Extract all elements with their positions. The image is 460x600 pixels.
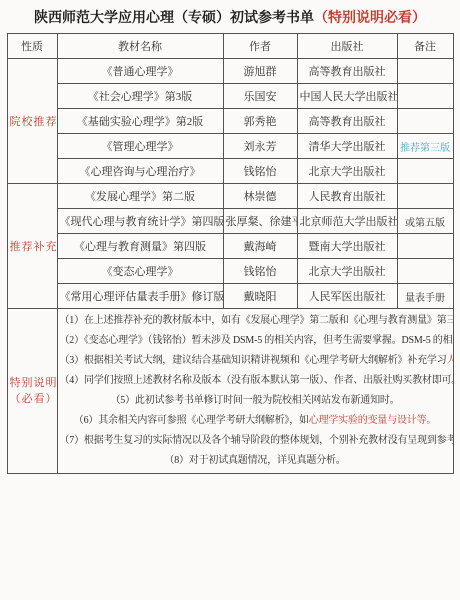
author-cell: 郭秀艳: [223, 109, 297, 134]
note-item-3: （3）根据相关考试大纲，建议结合基础知识精讲视频和《心理学考研大纲解析》补充学习…: [60, 351, 451, 371]
table-row: 推荐补充 《发展心理学》第二版 林崇德 人民教育出版社: [7, 184, 453, 209]
note-cell: [397, 184, 453, 209]
book-cell: 《常用心理评估量表手册》修订版: [57, 284, 223, 309]
publisher-cell: 北京师范大学出版社: [297, 209, 397, 234]
book-cell: 《现代心理与教育统计学》第四版: [57, 209, 223, 234]
author-cell: 刘永芳: [223, 134, 297, 159]
table-row: 《心理与教育测量》第四版 戴海崎 暨南大学出版社: [7, 234, 453, 259]
header-book: 教材名称: [57, 34, 223, 59]
header-category: 性质: [7, 34, 57, 59]
author-cell: 乐国安: [223, 84, 297, 109]
note-cell: 或第五版: [397, 209, 453, 234]
table-row: 《现代心理与教育统计学》第四版 张厚粲、徐建平 北京师范大学出版社 或第五版: [7, 209, 453, 234]
book-cell: 《管理心理学》: [57, 134, 223, 159]
note-text: （8）对于初试真题情况，详见真题分析。: [164, 455, 345, 466]
book-cell: 《普通心理学》: [57, 59, 223, 84]
table-row: 《变态心理学》 钱铭怡 北京大学出版社: [7, 259, 453, 284]
publisher-cell: 高等教育出版社: [297, 109, 397, 134]
note-text: （2）《变态心理学》（钱铭怡）暂未涉及 DSM-5 的相关内容，但考生需要掌握。…: [60, 335, 454, 346]
note-cell: 量表手册: [397, 284, 453, 309]
note-item-5: （5）此初试参考书单修订时间一般为院校相关网站发布新通知时。: [60, 391, 451, 411]
header-note: 备注: [397, 34, 453, 59]
author-cell: 游旭群: [223, 59, 297, 84]
page-title: 陕西师范大学应用心理（专硕）初试参考书单（特别说明必看）: [0, 7, 460, 27]
author-cell: 钱铭怡: [223, 259, 297, 284]
publisher-cell: 北京大学出版社: [297, 159, 397, 184]
note-cell: [397, 234, 453, 259]
note-cell: [397, 109, 453, 134]
table-row: 《基础实验心理学》第2版 郭秀艳 高等教育出版社: [7, 109, 453, 134]
publisher-cell: 暨南大学出版社: [297, 234, 397, 259]
publisher-cell: 人民教育出版社: [297, 184, 397, 209]
note-text: （5）此初试参考书单修订时间一般为院校相关网站发布新通知时。: [111, 395, 400, 406]
note-text: （6）其余相关内容可参照《心理学考研大纲解析》，如: [74, 415, 309, 426]
note-cell-blue: 推荐第三版: [397, 134, 453, 159]
note-text: （1）在上述推荐补充的教材版本中，如有《发展心理学》第二版和《心理与教育测量》第…: [60, 315, 454, 326]
note-cell: [397, 159, 453, 184]
note-text: （7）根据考生复习的实际情况以及各个辅导阶段的整体规划，个别补充教材没有呈现到参…: [60, 435, 454, 446]
book-cell: 《发展心理学》第二版: [57, 184, 223, 209]
special-label-line2: （必看）: [10, 391, 55, 407]
note-text: （4）同学们按照上述教材名称及版本（没有版本默认第一版）、作者、出版社购买教材即…: [60, 375, 454, 386]
publisher-cell: 北京大学出版社: [297, 259, 397, 284]
publisher-cell: 高等教育出版社: [297, 59, 397, 84]
book-cell: 《心理咨询与心理治疗》: [57, 159, 223, 184]
table-row: 《社会心理学》第3版 乐国安 中国人民大学出版社: [7, 84, 453, 109]
author-cell: 戴晓阳: [223, 284, 297, 309]
header-author: 作者: [223, 34, 297, 59]
author-cell: 林崇德: [223, 184, 297, 209]
note-item-4: （4）同学们按照上述教材名称及版本（没有版本默认第一版）、作者、出版社购买教材即…: [60, 371, 451, 391]
note-cell: [397, 259, 453, 284]
note-text-red: 人格心理学。: [447, 355, 454, 366]
special-notes-row: 特别说明 （必看） （1）在上述推荐补充的教材版本中，如有《发展心理学》第二版和…: [7, 309, 453, 474]
page-title-highlight: （特别说明必看）: [314, 9, 426, 25]
category-cell-recommended: 院校推荐: [7, 59, 57, 184]
publisher-cell: 中国人民大学出版社: [297, 84, 397, 109]
note-item-6: （6）其余相关内容可参照《心理学考研大纲解析》，如心理学实验的变量与设计等。: [60, 411, 451, 431]
table-row: 《心理咨询与心理治疗》 钱铭怡 北京大学出版社: [7, 159, 453, 184]
table-row: 院校推荐 《普通心理学》 游旭群 高等教育出版社: [7, 59, 453, 84]
author-cell: 钱铭怡: [223, 159, 297, 184]
note-text-red: 心理学实验的变量与设计等。: [309, 415, 436, 426]
page-title-main: 陕西师范大学应用心理（专硕）初试参考书单: [34, 9, 314, 25]
category-cell-supplement: 推荐补充: [7, 184, 57, 309]
author-cell: 戴海崎: [223, 234, 297, 259]
header-row: 性质 教材名称 作者 出版社 备注: [7, 34, 453, 59]
book-cell: 《变态心理学》: [57, 259, 223, 284]
note-item-1: （1）在上述推荐补充的教材版本中，如有《发展心理学》第二版和《心理与教育测量》第…: [60, 311, 451, 331]
author-cell: 张厚粲、徐建平: [223, 209, 297, 234]
note-item-2: （2）《变态心理学》（钱铭怡）暂未涉及 DSM-5 的相关内容，但考生需要掌握。…: [60, 331, 451, 351]
header-publisher: 出版社: [297, 34, 397, 59]
publisher-cell: 人民军医出版社: [297, 284, 397, 309]
note-cell: [397, 84, 453, 109]
reference-book-table: 性质 教材名称 作者 出版社 备注 院校推荐 《普通心理学》 游旭群 高等教育出…: [7, 33, 454, 474]
note-cell: [397, 59, 453, 84]
publisher-cell: 清华大学出版社: [297, 134, 397, 159]
note-item-7: （7）根据考生复习的实际情况以及各个辅导阶段的整体规划，个别补充教材没有呈现到参…: [60, 431, 451, 451]
note-text: （3）根据相关考试大纲，建议结合基础知识精讲视频和《心理学考研大纲解析》补充学习: [60, 355, 447, 366]
special-notes-cell: （1）在上述推荐补充的教材版本中，如有《发展心理学》第二版和《心理与教育测量》第…: [57, 309, 453, 474]
category-cell-special: 特别说明 （必看）: [7, 309, 57, 474]
table-row: 《常用心理评估量表手册》修订版 戴晓阳 人民军医出版社 量表手册: [7, 284, 453, 309]
special-label-line1: 特别说明: [10, 375, 55, 391]
book-cell: 《社会心理学》第3版: [57, 84, 223, 109]
book-cell: 《心理与教育测量》第四版: [57, 234, 223, 259]
table-row: 《管理心理学》 刘永芳 清华大学出版社 推荐第三版: [7, 134, 453, 159]
note-item-8: （8）对于初试真题情况，详见真题分析。: [60, 451, 451, 471]
book-cell: 《基础实验心理学》第2版: [57, 109, 223, 134]
